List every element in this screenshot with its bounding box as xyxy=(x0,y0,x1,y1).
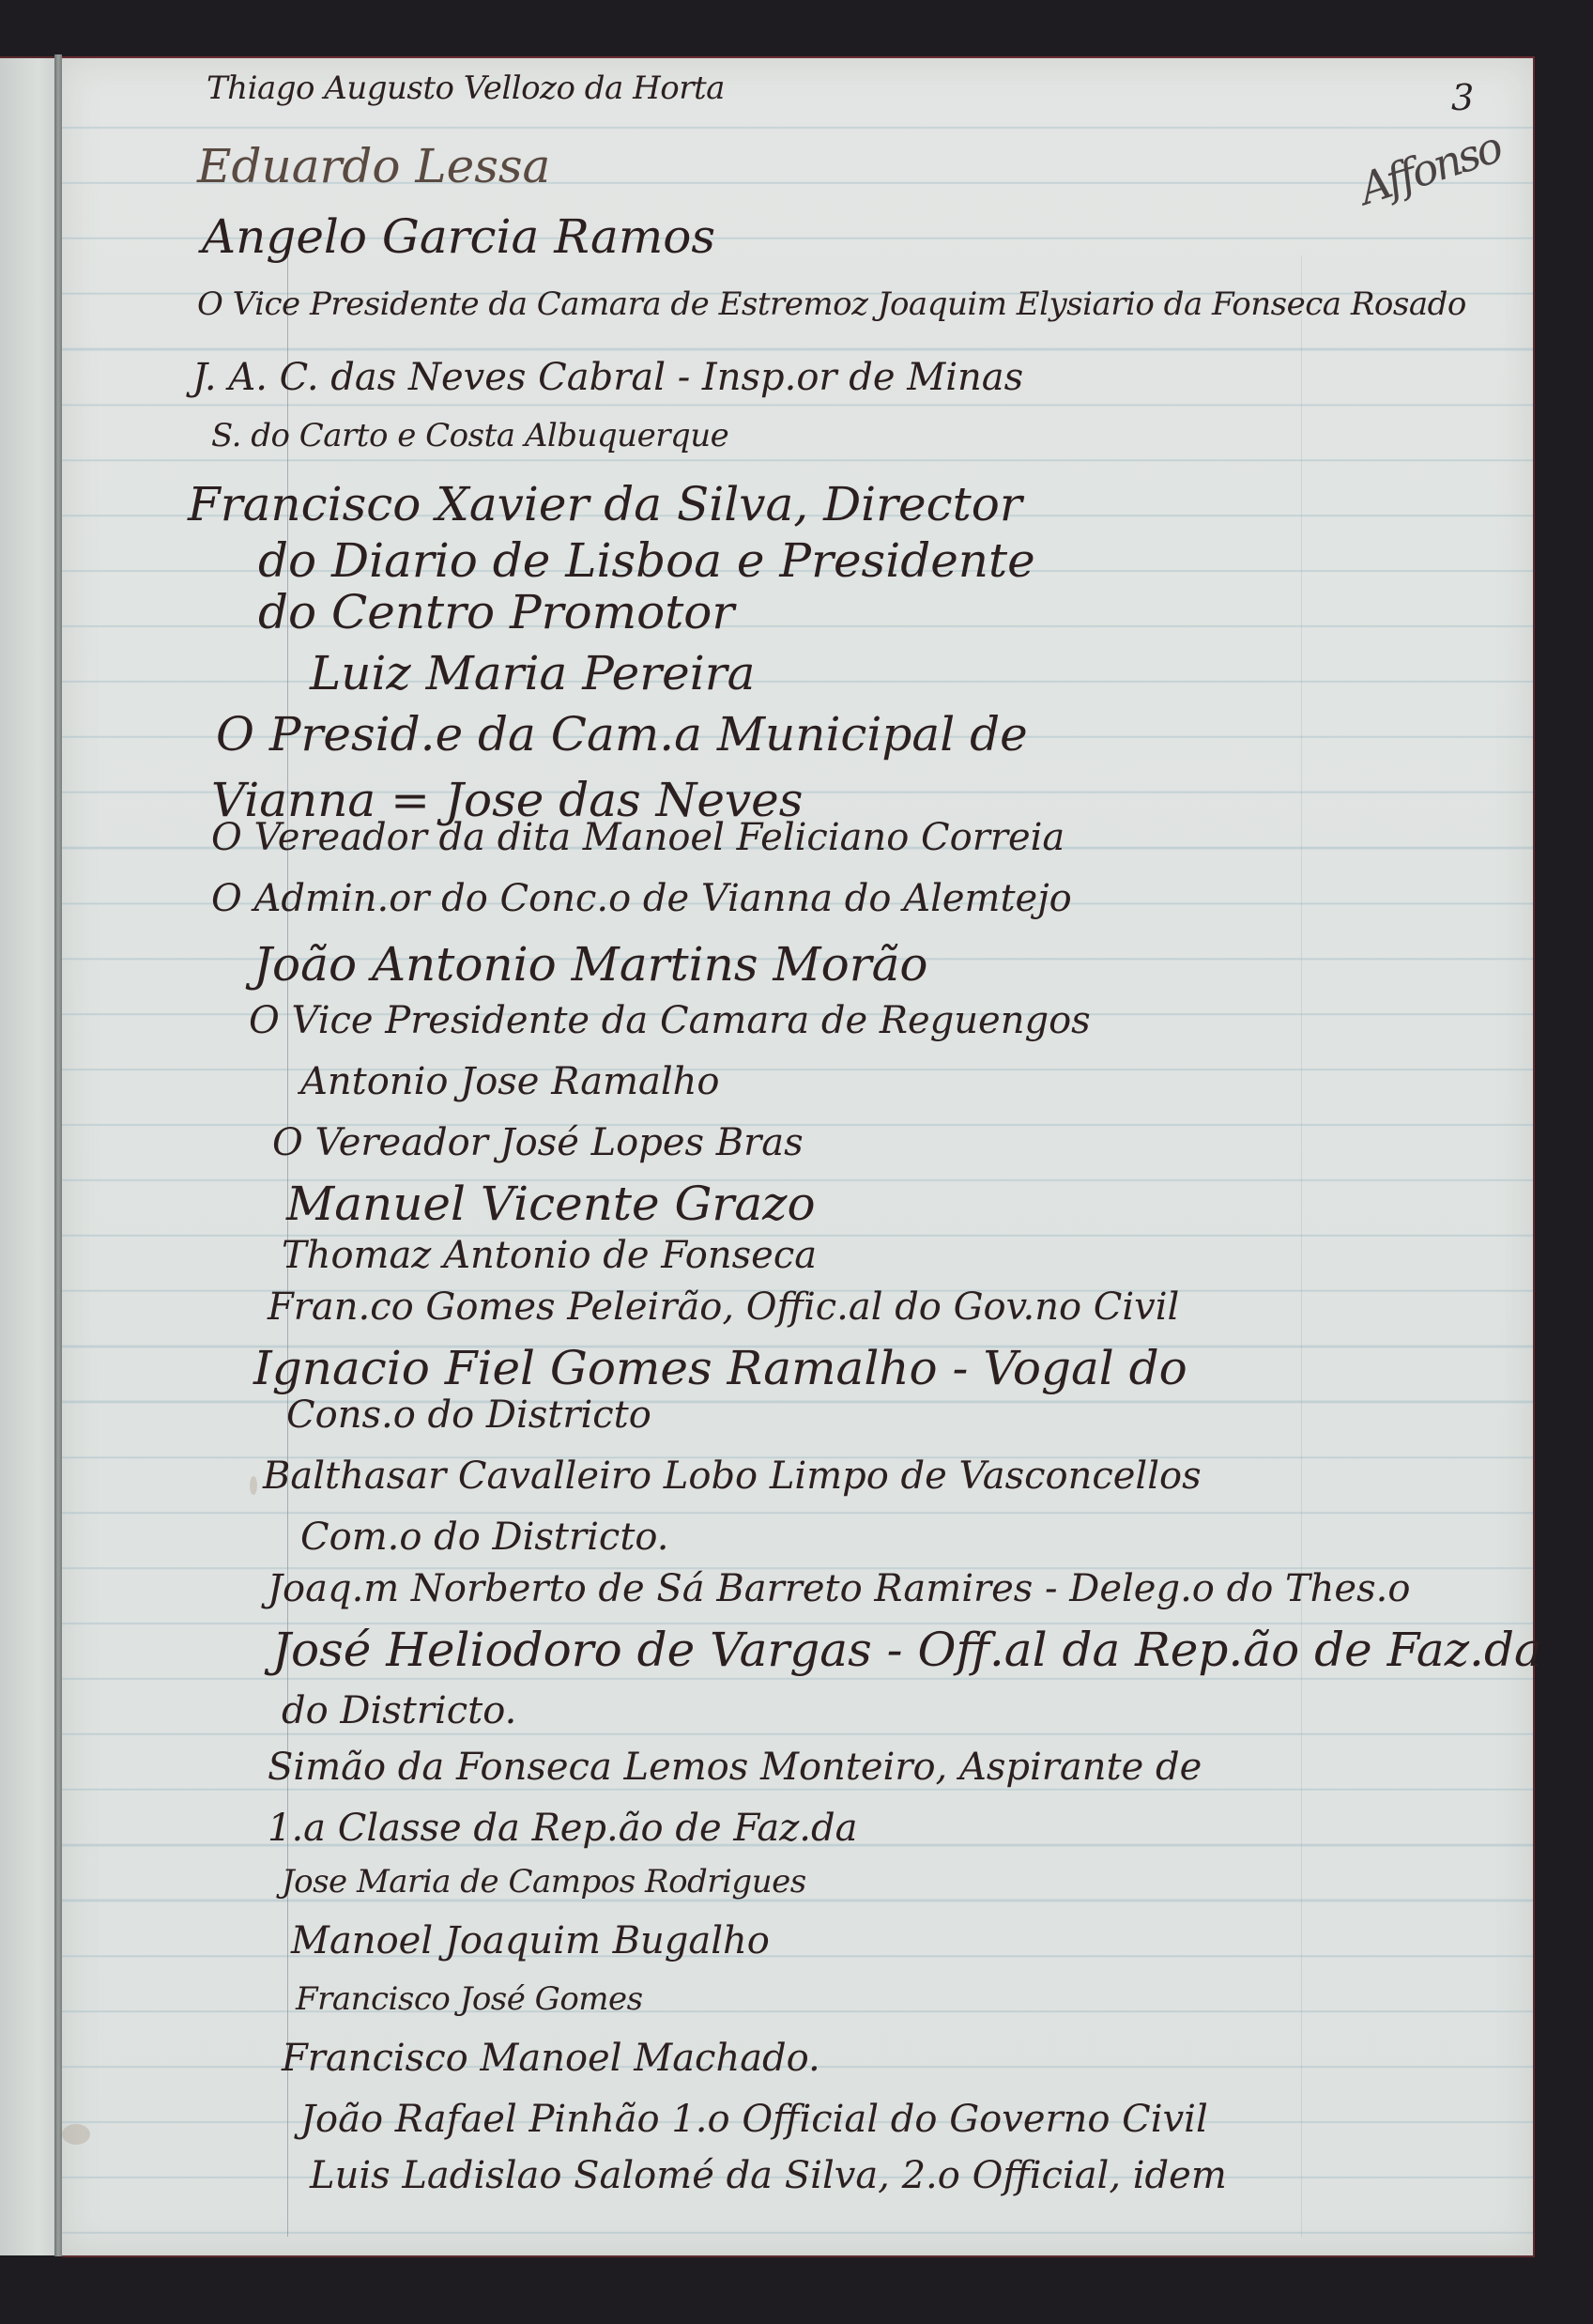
signature-entry: Cons.o do Districto xyxy=(286,1396,651,1434)
signature-entry: Joaq.m Norberto de Sá Barreto Ramires - … xyxy=(268,1570,1410,1608)
signature-entry: O Vice Presidente da Camara de Estremoz … xyxy=(197,288,1466,320)
signature-entry: Simão da Fonseca Lemos Monteiro, Aspiran… xyxy=(268,1748,1202,1786)
signature-entry: O Vereador José Lopes Bras xyxy=(272,1124,804,1162)
signature-entry: J. A. C. das Neves Cabral - Insp.or de M… xyxy=(192,359,1023,396)
signature-entry: Balthasar Cavalleiro Lobo Limpo de Vasco… xyxy=(263,1457,1202,1495)
signature-entry: O Presid.e da Cam.a Municipal de xyxy=(216,711,1028,758)
signature-entry: Antonio Jose Ramalho xyxy=(300,1063,719,1100)
signature-entry: Jose Maria de Campos Rodrigues xyxy=(282,1866,806,1898)
signature-entry: Thiago Augusto Vellozo da Horta xyxy=(207,72,725,104)
signature-entry: Francisco Xavier da Silva, Director xyxy=(188,481,1022,528)
signature-entry: Luiz Maria Pereira xyxy=(310,650,755,697)
signature-entry: Angelo Garcia Ramos xyxy=(202,213,715,260)
signature-entry: Manuel Vicente Grazo xyxy=(286,1180,816,1227)
signature-entry: Manoel Joaquim Bugalho xyxy=(291,1922,770,1960)
signature-entry: Ignacio Fiel Gomes Ramalho - Vogal do xyxy=(253,1345,1187,1392)
signature-entry: O Vereador da dita Manoel Feliciano Corr… xyxy=(211,819,1065,856)
signature-entry: Eduardo Lessa xyxy=(197,143,550,190)
signature-entry: do Districto. xyxy=(282,1692,516,1730)
signature-entry: João Antonio Martins Morão xyxy=(253,941,928,988)
register-page: 3 Affonso Thiago Augusto Vellozo da Hort… xyxy=(62,56,1535,2257)
signature-entry: S. do Carto e Costa Albuquerque xyxy=(211,420,728,452)
facing-page-edge xyxy=(0,56,54,2255)
signature-entry: José Heliodoro de Vargas - Off.al da Rep… xyxy=(272,1626,1542,1673)
signature-entry: João Rafael Pinhão 1.o Official do Gover… xyxy=(300,2101,1208,2138)
signature-entry: do Centro Promotor xyxy=(258,589,734,636)
signature-entry: 1.a Classe da Rep.ão de Faz.da xyxy=(268,1809,857,1847)
signature-entry: Thomaz Antonio de Fonseca xyxy=(282,1237,817,1274)
signature-entry: Com.o do Districto. xyxy=(300,1518,668,1556)
binding-gutter xyxy=(54,54,62,2256)
signature-entry: Francisco Manoel Machado. xyxy=(282,2039,820,2077)
signature-entry: Luis Ladislao Salomé da Silva, 2.o Offic… xyxy=(310,2157,1227,2194)
signature-entry: Fran.co Gomes Peleirão, Offic.al do Gov.… xyxy=(268,1288,1179,1326)
signature-entry: Francisco José Gomes xyxy=(296,1983,643,2015)
signature-entries: Thiago Augusto Vellozo da HortaEduardo L… xyxy=(62,58,1533,2255)
signature-entry: O Vice Presidente da Camara de Reguengos xyxy=(249,1002,1091,1039)
signature-entry: O Admin.or do Conc.o de Vianna do Alemte… xyxy=(211,880,1072,917)
signature-entry: do Diario de Lisboa e Presidente xyxy=(258,537,1035,584)
